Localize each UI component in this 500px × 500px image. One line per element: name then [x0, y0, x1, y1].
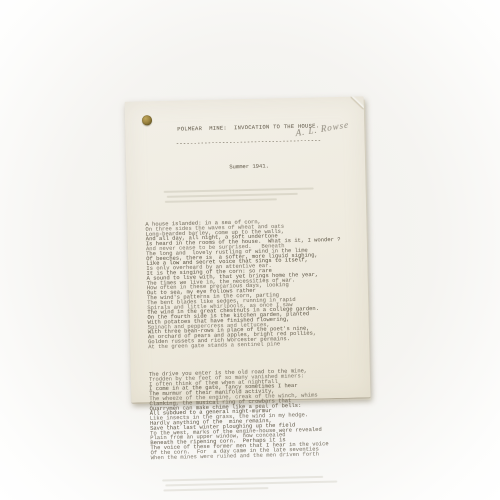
illegible-faint-line [165, 198, 277, 203]
photo-backdrop: A. L. Rowse POLMEAR MINE: INVOCATION TO … [0, 0, 500, 500]
page-corner-fold [351, 96, 364, 109]
illegible-faint-line [165, 480, 337, 486]
title-underline: ----------------------------------------… [144, 138, 354, 148]
faint-carbon-lines-top [164, 186, 355, 202]
illegible-faint-line [167, 193, 298, 198]
illegible-faint-line [163, 487, 268, 491]
typescript-page: A. L. Rowse POLMEAR MINE: INVOCATION TO … [125, 96, 371, 402]
poem-title: POLMEAR MINE: INVOCATION TO THE HOUSE. [143, 123, 353, 133]
stanza-2: The drive you enter is the old road to t… [149, 368, 361, 461]
faint-carbon-lines-bottom [162, 475, 361, 492]
poem-date: Summer 1941. [144, 163, 354, 173]
illegible-faint-line [164, 187, 314, 192]
stanza-1: A house islanded: in a sea of corn,On th… [145, 218, 358, 350]
typed-text-block: POLMEAR MINE: INVOCATION TO THE HOUSE. -… [143, 111, 362, 500]
